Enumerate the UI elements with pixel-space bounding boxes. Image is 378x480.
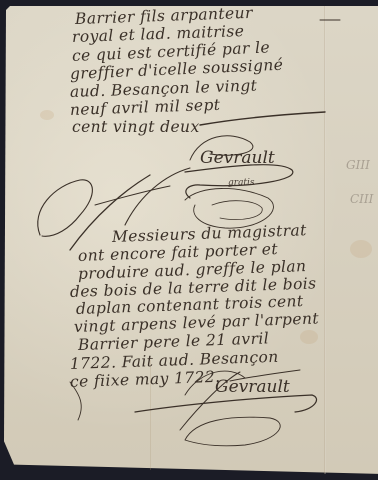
handwriting: Barrier fils arpanteur royal et lad. mai… [0,0,378,480]
signature-flourishes [0,0,378,480]
